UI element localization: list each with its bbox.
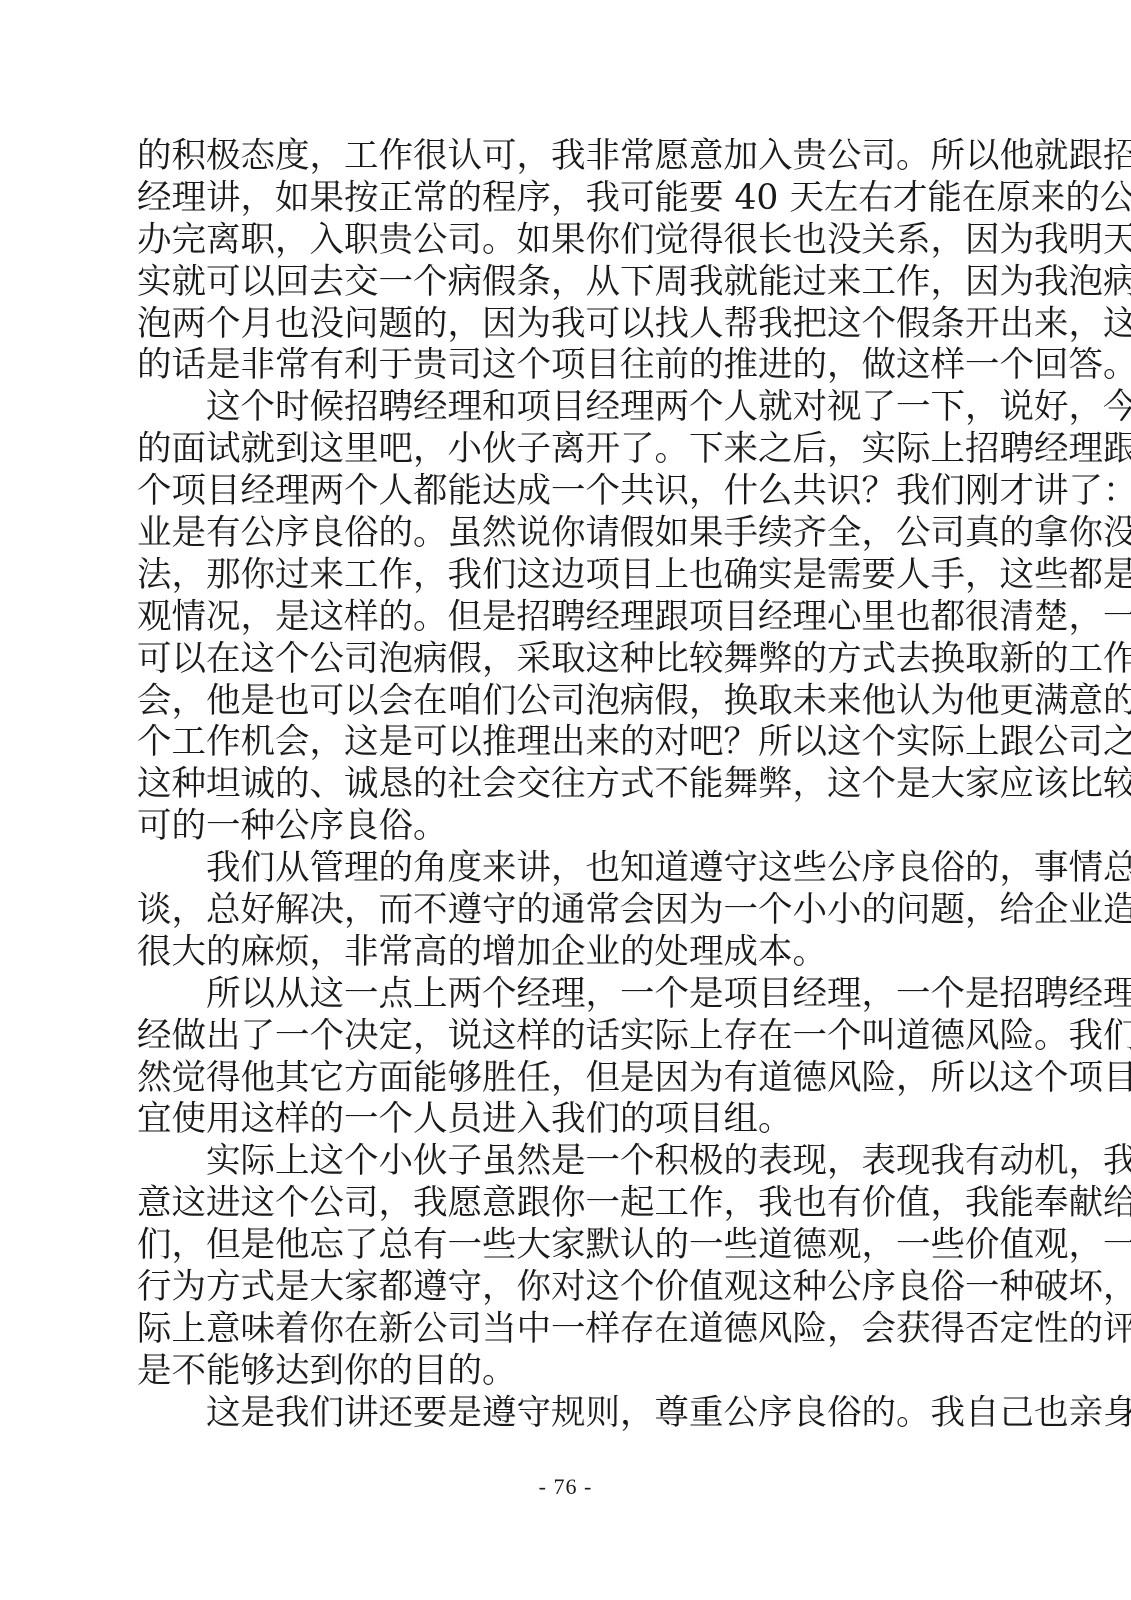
text-line: 实就可以回去交一个病假条，从下周我就能过来工作，因为我泡病假 [137,262,990,304]
text-line: 经做出了一个决定，说这样的话实际上存在一个叫道德风险。我们虽 [137,1016,990,1058]
text-line: 法，那你过来工作，我们这边项目上也确实是需要人手，这些都是客 [137,555,990,597]
text-line: 个项目经理两个人都能达成一个共识，什么共识？我们刚才讲了：企 [137,471,990,513]
paragraph-start-line: 实际上这个小伙子虽然是一个积极的表现，表现我有动机，我愿 [137,1141,990,1183]
text-line: 泡两个月也没问题的，因为我可以找人帮我把这个假条开出来，这样 [137,304,990,346]
text-line: 意这进这个公司，我愿意跟你一起工作，我也有价值，我能奉献给你 [137,1183,990,1225]
text-line: 会，他是也可以会在咱们公司泡病假，换取未来他认为他更满意的一 [137,681,990,723]
body-text: 的积极态度，工作很认可，我非常愿意加入贵公司。所以他就跟招聘 经理讲，如果按正常… [137,136,990,1435]
document-page: 的积极态度，工作很认可，我非常愿意加入贵公司。所以他就跟招聘 经理讲，如果按正常… [0,0,1131,1600]
text-line: 可以在这个公司泡病假，采取这种比较舞弊的方式去换取新的工作机 [137,639,990,681]
page-number: - 76 - [0,1474,1131,1500]
text-line: 的积极态度，工作很认可，我非常愿意加入贵公司。所以他就跟招聘 [137,136,990,178]
text-line: 这种坦诚的、诚恳的社会交往方式不能舞弊，这个是大家应该比较认 [137,764,990,806]
text-line: 行为方式是大家都遵守，你对这个价值观这种公序良俗一种破坏，实 [137,1267,990,1309]
text-line: 宜使用这样的一个人员进入我们的项目组。 [137,1099,990,1141]
text-line: 谈，总好解决，而不遵守的通常会因为一个小小的问题，给企业造成 [137,890,990,932]
paragraph-start-line: 我们从管理的角度来讲，也知道遵守这些公序良俗的，事情总好 [137,848,990,890]
text-line: 经理讲，如果按正常的程序，我可能要 40 天左右才能在原来的公司 [137,178,990,220]
text-line: 际上意味着你在新公司当中一样存在道德风险，会获得否定性的评价， [137,1309,990,1351]
paragraph-start-line: 所以从这一点上两个经理，一个是项目经理，一个是招聘经理已 [137,974,990,1016]
text-line: 们，但是他忘了总有一些大家默认的一些道德观，一些价值观，一些 [137,1225,990,1267]
text-line: 个工作机会，这是可以推理出来的对吧？所以这个实际上跟公司之间 [137,722,990,764]
text-line: 很大的麻烦，非常高的增加企业的处理成本。 [137,932,990,974]
text-line: 观情况，是这样的。但是招聘经理跟项目经理心里也都很清楚，一个 [137,597,990,639]
text-line: 的话是非常有利于贵司这个项目往前的推进的，做这样一个回答。 [137,345,990,387]
text-line: 办完离职，入职贵公司。如果你们觉得很长也没关系，因为我明天其 [137,220,990,262]
paragraph-start-line: 这是我们讲还要是遵守规则，尊重公序良俗的。我自己也亲身遇 [137,1393,990,1435]
text-line: 业是有公序良俗的。虽然说你请假如果手续齐全，公司真的拿你没办 [137,513,990,555]
text-line: 是不能够达到你的目的。 [137,1351,990,1393]
text-line: 可的一种公序良俗。 [137,806,990,848]
text-line: 然觉得他其它方面能够胜任，但是因为有道德风险，所以这个项目不 [137,1058,990,1100]
paragraph-start-line: 这个时候招聘经理和项目经理两个人就对视了一下，说好，今天 [137,387,990,429]
text-line: 的面试就到这里吧，小伙子离开了。下来之后，实际上招聘经理跟这 [137,429,990,471]
